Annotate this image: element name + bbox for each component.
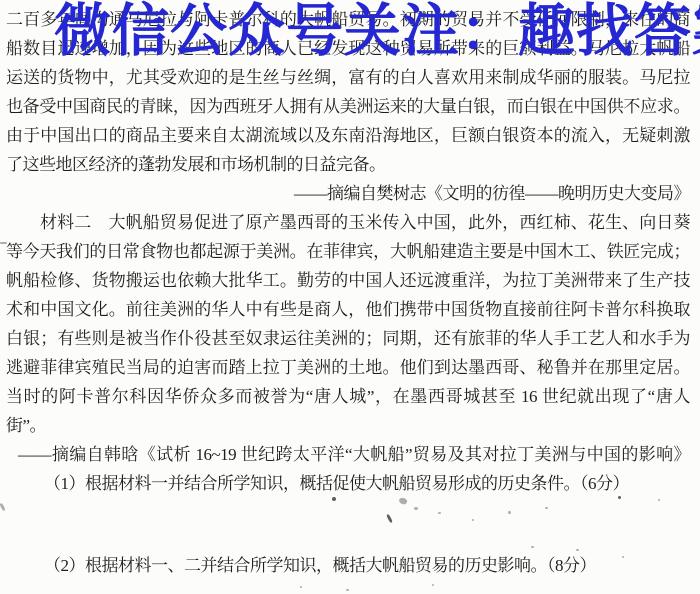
scan-noise-speck [658,499,660,501]
material-two-line: 白银；有些则是被当作仆役甚至奴隶运往美洲的；同期，还有旅菲的华人手工艺人和水手为 [6,324,690,353]
material-one-line: 由于中国出口的商品主要来自太湖流域以及东南沿海地区，巨额白银资本的流入，无疑刺激 [6,121,690,150]
scan-noise-speck [576,549,579,551]
scan-noise-speck [622,556,624,558]
scan-noise-speck [346,589,349,591]
scan-noise-speck [545,507,548,509]
material-one-line: 运送的货物中，尤其受欢迎的是生丝与丝绸，富有的白人喜欢用来制成华丽的服装。马尼拉 [6,63,690,92]
scan-noise-speck [508,511,511,514]
material-two-line: 帆船检修、货物搬运也依赖大批华工。勤劳的中国人还远渡重洋，为拉丁美洲带来了生产技 [6,266,690,295]
scan-noise-speck [432,584,434,586]
material-two-line: 逃避菲律宾殖民当局的迫害而踏上拉丁美洲的土地。他们到达墨西哥、秘鲁并在那里定居。 [6,353,690,382]
material-two-attribution: ——摘编自韩晗《试析 16~19 世纪跨太平洋“大帆船”贸易及其对拉丁美洲与中国… [6,440,690,469]
scan-noise-speck [0,503,6,511]
question-1: （1）根据材料一并结合所学知识，概括促使大帆船贸易形成的历史条件。（6分） [6,469,690,498]
scan-noise-speck [332,497,336,501]
scan-noise-speck [300,586,302,588]
scan-noise-speck [472,519,474,521]
material-one-line: 也备受中国商民的青睐，因为西班牙人拥有从美洲运来的大量白银，而白银在中国供不应求… [6,92,690,121]
material-two-line: 术和中国文化。前往美洲的华人中有些是商人，他们携带中国货物直接前往阿卡普尔科换取 [6,295,690,324]
material-one-attribution: ——摘编自樊树志《文明的彷徨——晚明历史大变局》 [6,179,690,208]
material-two-line: 材料二 大帆船贸易促进了原产墨西哥的玉米传入中国，此外，西红柿、花生、向日葵 [6,208,690,237]
material-one-line: 了这些地区经济的蓬勃发展和市场机制的日益完备。 [6,150,690,179]
document-text: 二百多年间沟通马尼拉与阿卡普尔科的大帆船贸易。初期的贸易并不受任何限制，来往的商… [6,5,690,580]
question-2: （2）根据材料一、二并结合所学知识，概括大帆船贸易的历史影响。（8分） [6,551,690,580]
scanned-exam-page: 微信公众号关注：趣找答案 二百多年间沟通马尼拉与阿卡普尔科的大帆船贸易。初期的贸… [0,0,700,594]
material-two-line: 等今天我们的日常食物也都起源于美洲。在菲律宾，大帆船建造主要是中国木工、铁匠完成… [6,237,690,266]
scan-noise-speck [531,546,534,548]
scan-noise-speck [0,242,7,244]
watermark-banner: 微信公众号关注：趣找答案 [54,0,700,62]
scan-noise-speck [414,507,418,510]
material-two-line: 街”。 [6,411,690,440]
scan-noise-speck [438,512,441,514]
scan-noise-speck [618,496,621,499]
material-two-line: 当时的阿卡普尔科因华侨众多而被誉为“唐人城”，在墨西哥城甚至 16 世纪就出现了… [6,382,690,411]
